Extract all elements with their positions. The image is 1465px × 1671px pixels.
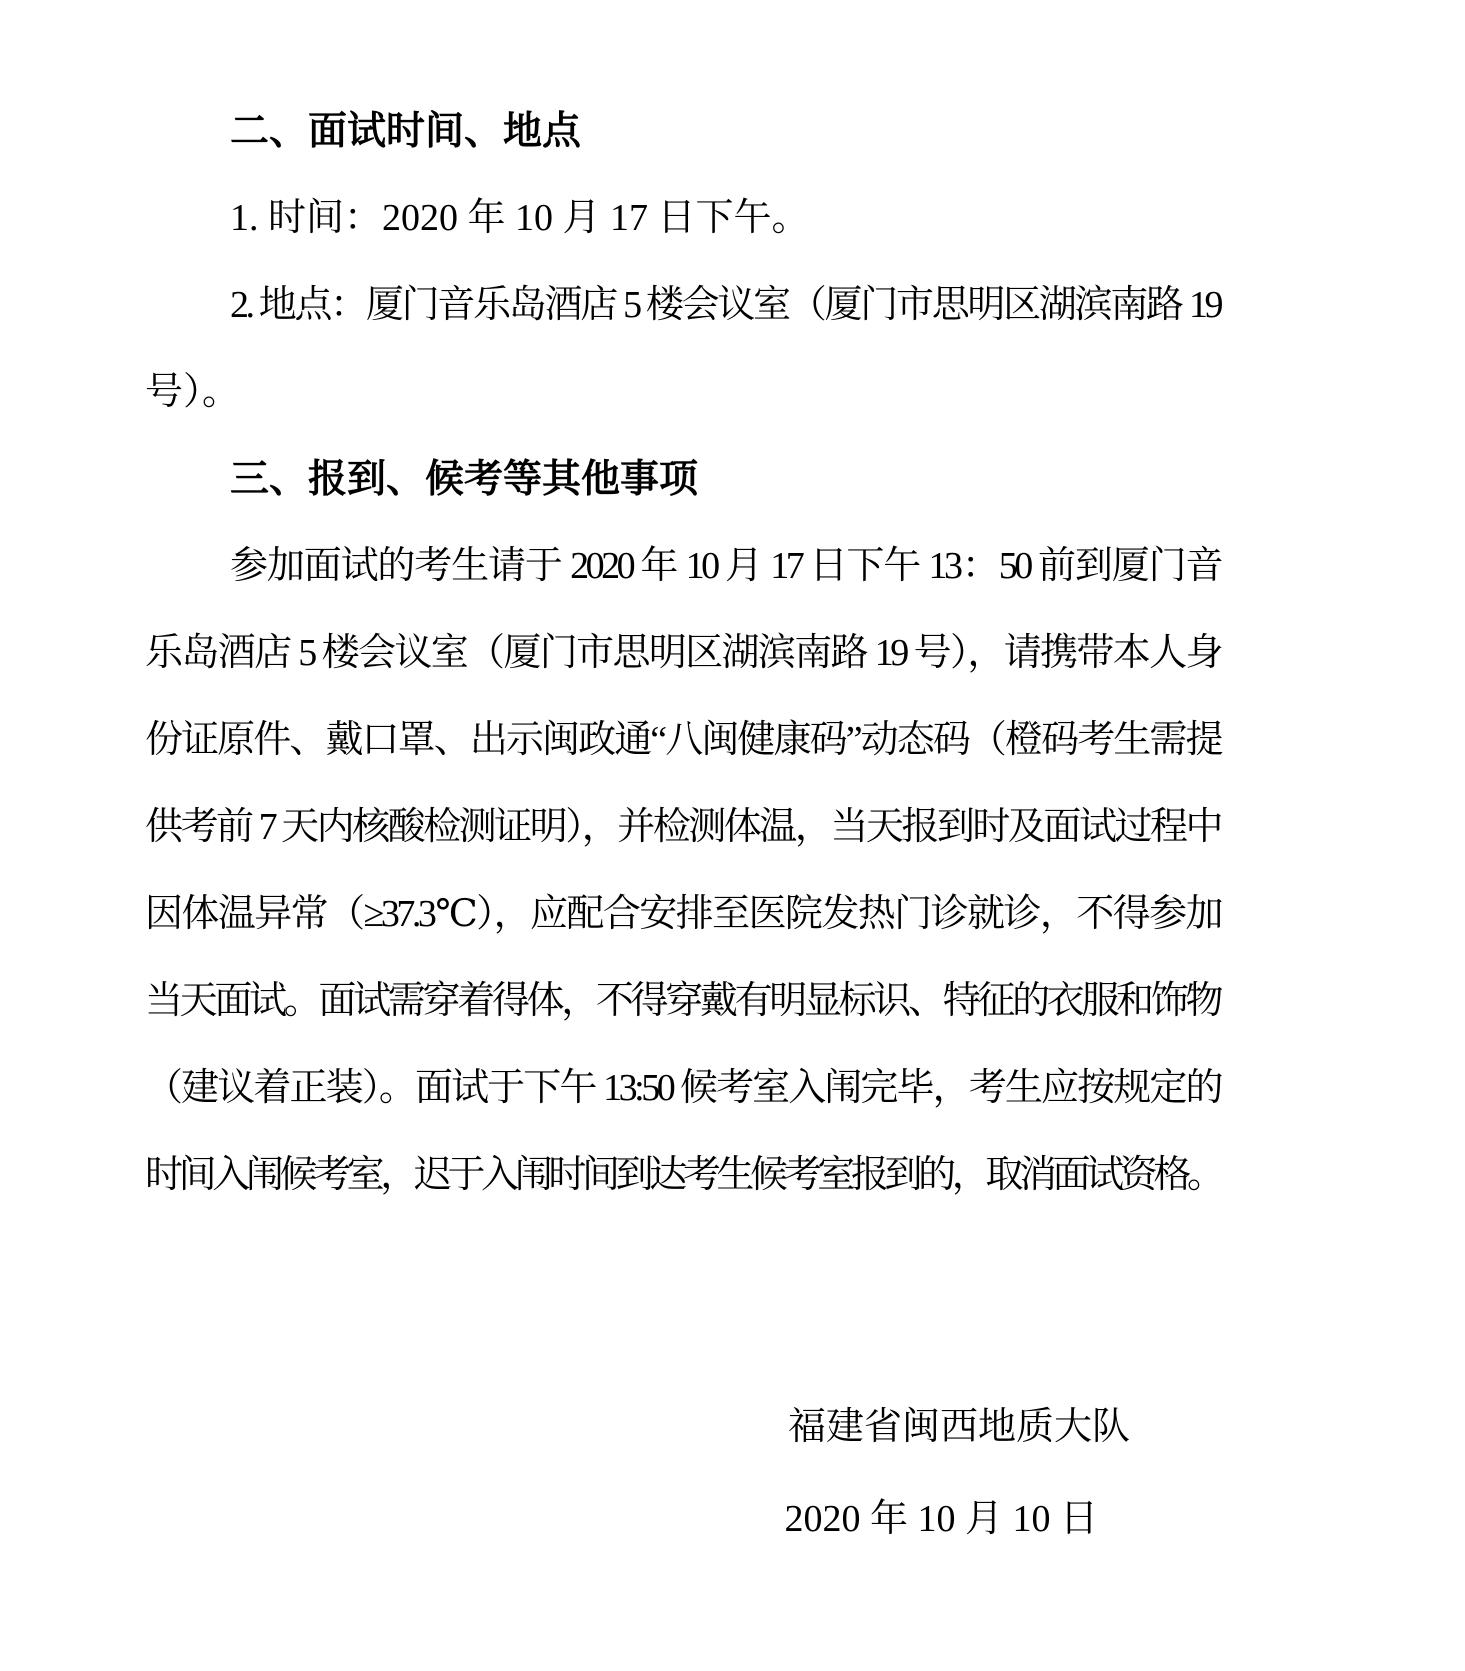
paragraph-line-4: 供考前 7 天内核酸检测证明），并检测体温，当天报到时及面试过程中 bbox=[145, 784, 1220, 871]
section-3-heading: 三、报到、候考等其他事项 bbox=[145, 436, 1220, 523]
section-2-time-item: 1. 时间：2020 年 10 月 17 日下午。 bbox=[145, 175, 1220, 262]
document-page: 二、面试时间、地点 1. 时间：2020 年 10 月 17 日下午。 2. 地… bbox=[0, 0, 1465, 1671]
paragraph-line-5: 因体温异常（≥37.3℃），应配合安排至医院发热门诊就诊，不得参加 bbox=[145, 871, 1220, 958]
section-2-location-line-1: 2. 地点：厦门音乐岛酒店 5 楼会议室（厦门市思明区湖滨南路 19 bbox=[145, 262, 1220, 349]
section-2-location-line-2: 号）。 bbox=[145, 349, 1220, 436]
paragraph-line-2: 乐岛酒店 5 楼会议室（厦门市思明区湖滨南路 19 号），请携带本人身 bbox=[145, 610, 1220, 697]
paragraph-line-1: 参加面试的考生请于 2020 年 10 月 17 日下午 13：50 前到厦门音 bbox=[145, 523, 1220, 610]
signature-organization: 福建省闽西地质大队 bbox=[145, 1384, 1220, 1471]
paragraph-line-3: 份证原件、戴口罩、出示闽政通“八闽健康码”动态码（橙码考生需提 bbox=[145, 697, 1220, 784]
paragraph-line-6: 当天面试。面试需穿着得体，不得穿戴有明显标识、特征的衣服和饰物 bbox=[145, 958, 1220, 1045]
paragraph-line-7: （建议着正装）。面试于下午 13:50 候考室入闱完毕，考生应按规定的 bbox=[145, 1045, 1220, 1132]
signature-date: 2020 年 10 月 10 日 bbox=[145, 1476, 1220, 1563]
paragraph-line-8: 时间入闱候考室，迟于入闱时间到达考生候考室报到的，取消面试资格。 bbox=[145, 1132, 1220, 1219]
document-content: 二、面试时间、地点 1. 时间：2020 年 10 月 17 日下午。 2. 地… bbox=[145, 88, 1220, 1563]
section-2-heading: 二、面试时间、地点 bbox=[145, 88, 1220, 175]
